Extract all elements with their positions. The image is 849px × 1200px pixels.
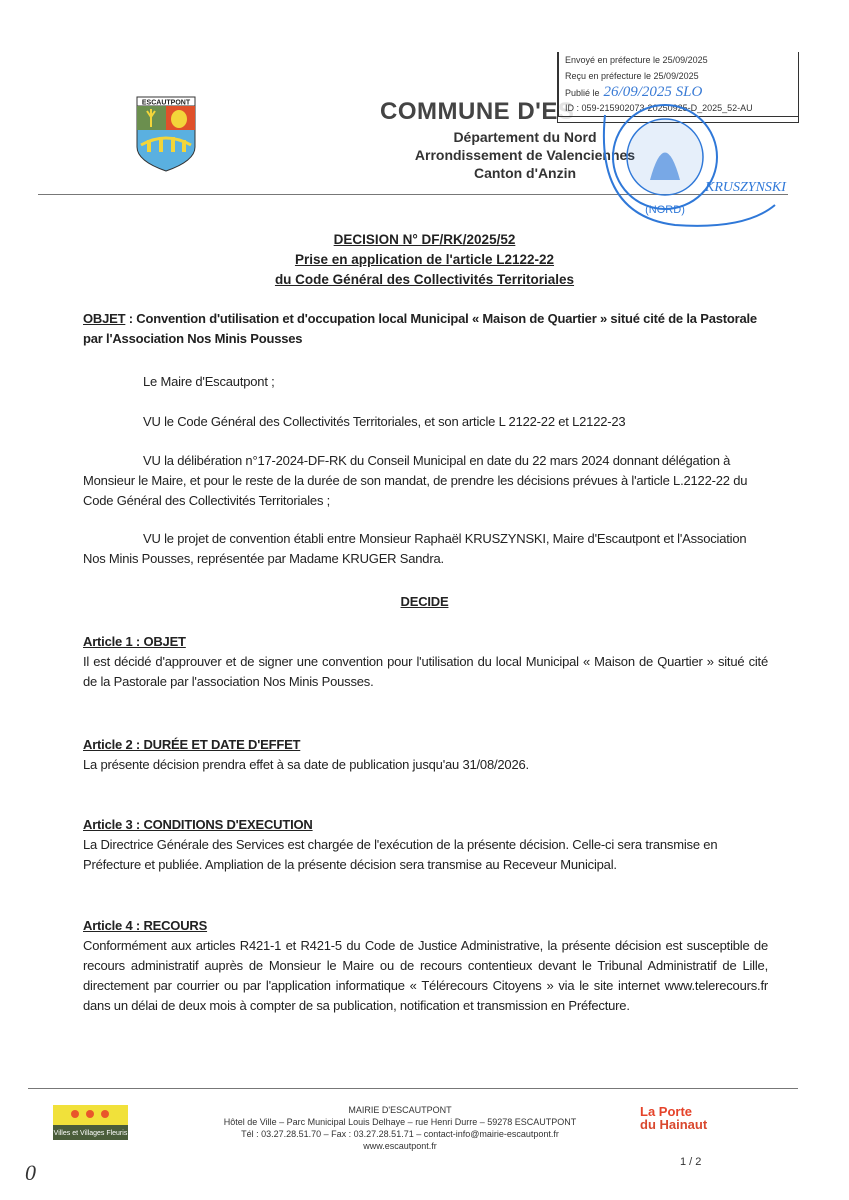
vu-deliberation: VU la délibération n°17-2024-DF-RK du Co…: [83, 451, 768, 511]
decision-number: DECISION N° DF/RK/2025/52: [0, 232, 849, 247]
article-4-text: Conformément aux articles R421-1 et R421…: [83, 936, 768, 1016]
footer-divider: [28, 1088, 798, 1089]
article-3: Article 3 : CONDITIONS D'EXECUTION La Di…: [83, 815, 768, 875]
footer-address: Hôtel de Ville – Parc Municipal Louis De…: [190, 1116, 610, 1128]
footer-contact-block: MAIRIE D'ESCAUTPONT Hôtel de Ville – Par…: [190, 1104, 610, 1152]
page-number: 1 / 2: [680, 1156, 701, 1168]
decision-code-reference: du Code Général des Collectivités Territ…: [0, 272, 849, 287]
article-1-title: Article 1 : OBJET: [83, 632, 768, 652]
article-4-title: Article 4 : RECOURS: [83, 916, 768, 936]
article-1: Article 1 : OBJET Il est décidé d'approu…: [83, 632, 768, 692]
objet-label: OBJET: [83, 311, 125, 326]
received-at-prefecture: Reçu en préfecture le 25/09/2025: [558, 68, 798, 84]
vu-projet-convention: VU le projet de convention établi entre …: [83, 529, 768, 569]
canton-line: Canton d'Anzin: [400, 165, 650, 181]
header-divider: [38, 194, 788, 195]
commune-title: COMMUNE D'ES: [380, 98, 574, 126]
objet-paragraph: OBJET : Convention d'utilisation et d'oc…: [83, 309, 768, 349]
published-handwritten-date: 26/09/2025 SLO: [604, 84, 703, 100]
article-1-text: Il est décidé d'approuver et de signer u…: [83, 652, 768, 692]
footer-contact: Tél : 03.27.28.51.70 – Fax : 03.27.28.51…: [190, 1128, 610, 1140]
handwritten-mark: 0: [25, 1160, 36, 1186]
published-row: Publié le26/09/2025 SLO: [558, 84, 798, 100]
footer-org: MAIRIE D'ESCAUTPONT: [190, 1104, 610, 1116]
villes-villages-fleuris-badge: Villes et Villages Fleuris: [53, 1105, 128, 1140]
article-4: Article 4 : RECOURS Conformément aux art…: [83, 916, 768, 1016]
escautpont-crest-logo: ESCAUTPONT: [135, 95, 197, 173]
svg-text:ESCAUTPONT: ESCAUTPONT: [142, 100, 191, 107]
svg-text:Villes et Villages Fleuris: Villes et Villages Fleuris: [54, 1130, 128, 1137]
article-2: Article 2 : DURÉE ET DATE D'EFFET La pré…: [83, 735, 768, 775]
article-3-title: Article 3 : CONDITIONS D'EXECUTION: [83, 815, 768, 835]
seal-nord-text: (NORD): [645, 204, 685, 216]
decision-legal-basis: Prise en application de l'article L2122-…: [0, 252, 849, 267]
arrondissement-line: Arrondissement de Valenciennes: [400, 147, 650, 163]
vu-code-general: VU le Code Général des Collectivités Ter…: [83, 412, 768, 432]
la-porte-du-hainaut-logo: La Porte du Hainaut: [640, 1105, 740, 1145]
department-line: Département du Nord: [400, 129, 650, 145]
objet-text: : Convention d'utilisation et d'occupati…: [83, 311, 757, 346]
decide-heading: DECIDE: [0, 594, 849, 609]
mayor-signature: KRUSZYNSKI: [704, 180, 787, 195]
sent-to-prefecture: Envoyé en préfecture le 25/09/2025: [558, 52, 798, 68]
article-2-title: Article 2 : DURÉE ET DATE D'EFFET: [83, 735, 768, 755]
maire-line: Le Maire d'Escautpont ;: [83, 372, 768, 392]
act-id: ID : 059-215902073-20250925-D_2025_52-AU: [558, 100, 798, 117]
article-3-text: La Directrice Générale des Services est …: [83, 835, 768, 875]
article-2-text: La présente décision prendra effet à sa …: [83, 755, 768, 775]
footer-website: www.escautpont.fr: [190, 1140, 610, 1152]
prefecture-stamp-box: Envoyé en préfecture le 25/09/2025 Reçu …: [557, 52, 799, 123]
published-label: Publié le: [565, 88, 600, 98]
